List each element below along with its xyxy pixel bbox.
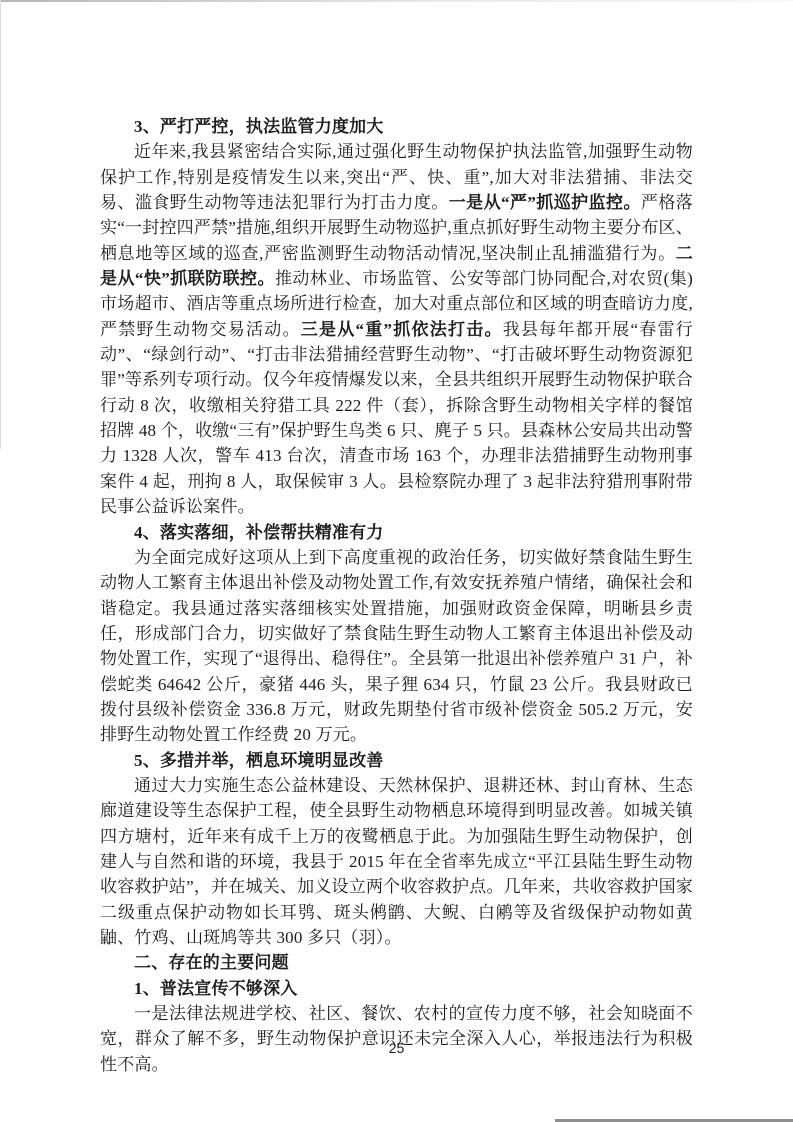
section-heading: 二、存在的主要问题 xyxy=(100,950,693,975)
document-body: 3、严打严控，执法监管力度加大近年来,我县紧密结合实际,通过强化野生动物保护执法… xyxy=(100,114,693,1077)
text-run: 一是法律法规进学校、社区、餐饮、农村的宣传力度不够，社会知晓面不宽，群众了解不多… xyxy=(100,1004,693,1074)
page-number: 25 xyxy=(0,1040,793,1056)
scan-edge-left xyxy=(0,0,1,449)
paragraph: 为全面完成好这项从上到下高度重视的政治任务，切实做好禁食陆生野生动物人工繁育主体… xyxy=(100,545,693,748)
section-heading: 3、严打严控，执法监管力度加大 xyxy=(100,114,693,139)
section-heading: 4、落实落细，补偿帮扶精准有力 xyxy=(100,520,693,545)
text-run: 二、存在的主要问题 xyxy=(134,953,289,972)
scan-edge-top xyxy=(0,0,793,2)
emphasis-run: 3、严打严控，执法监管力度加大 xyxy=(134,117,384,136)
text-run: 通过大力实施生态公益林建设、天然林保护、退耕还林、封山育林、生态廊道建设等生态保… xyxy=(100,776,693,947)
text-run: 为全面完成好这项从上到下高度重视的政治任务，切实做好禁食陆生野生动物人工繁育主体… xyxy=(100,548,693,744)
section-heading: 5、多措并举，栖息环境明显改善 xyxy=(100,748,693,773)
emphasis-run: 三是从“重”抓依法打击。 xyxy=(301,320,503,339)
section-heading: 1、普法宣传不够深入 xyxy=(100,976,693,1001)
emphasis-run: 4、落实落细，补偿帮扶精准有力 xyxy=(134,523,384,542)
emphasis-run: 一是从“严”抓巡护监控。 xyxy=(449,193,641,212)
document-page: 3、严打严控，执法监管力度加大近年来,我县紧密结合实际,通过强化野生动物保护执法… xyxy=(0,0,793,1122)
paragraph: 近年来,我县紧密结合实际,通过强化野生动物保护执法监管,加强野生动物保护工作,特… xyxy=(100,139,693,519)
text-run: 我县每年都开展“春雷行动”、“绿剑行动”、“打击非法猎捕经营野生动物”、“打击破… xyxy=(100,320,693,516)
emphasis-run: 1、普法宣传不够深入 xyxy=(134,979,298,998)
emphasis-run: 5、多措并举，栖息环境明显改善 xyxy=(134,751,384,770)
paragraph: 通过大力实施生态公益林建设、天然林保护、退耕还林、封山育林、生态廊道建设等生态保… xyxy=(100,773,693,950)
